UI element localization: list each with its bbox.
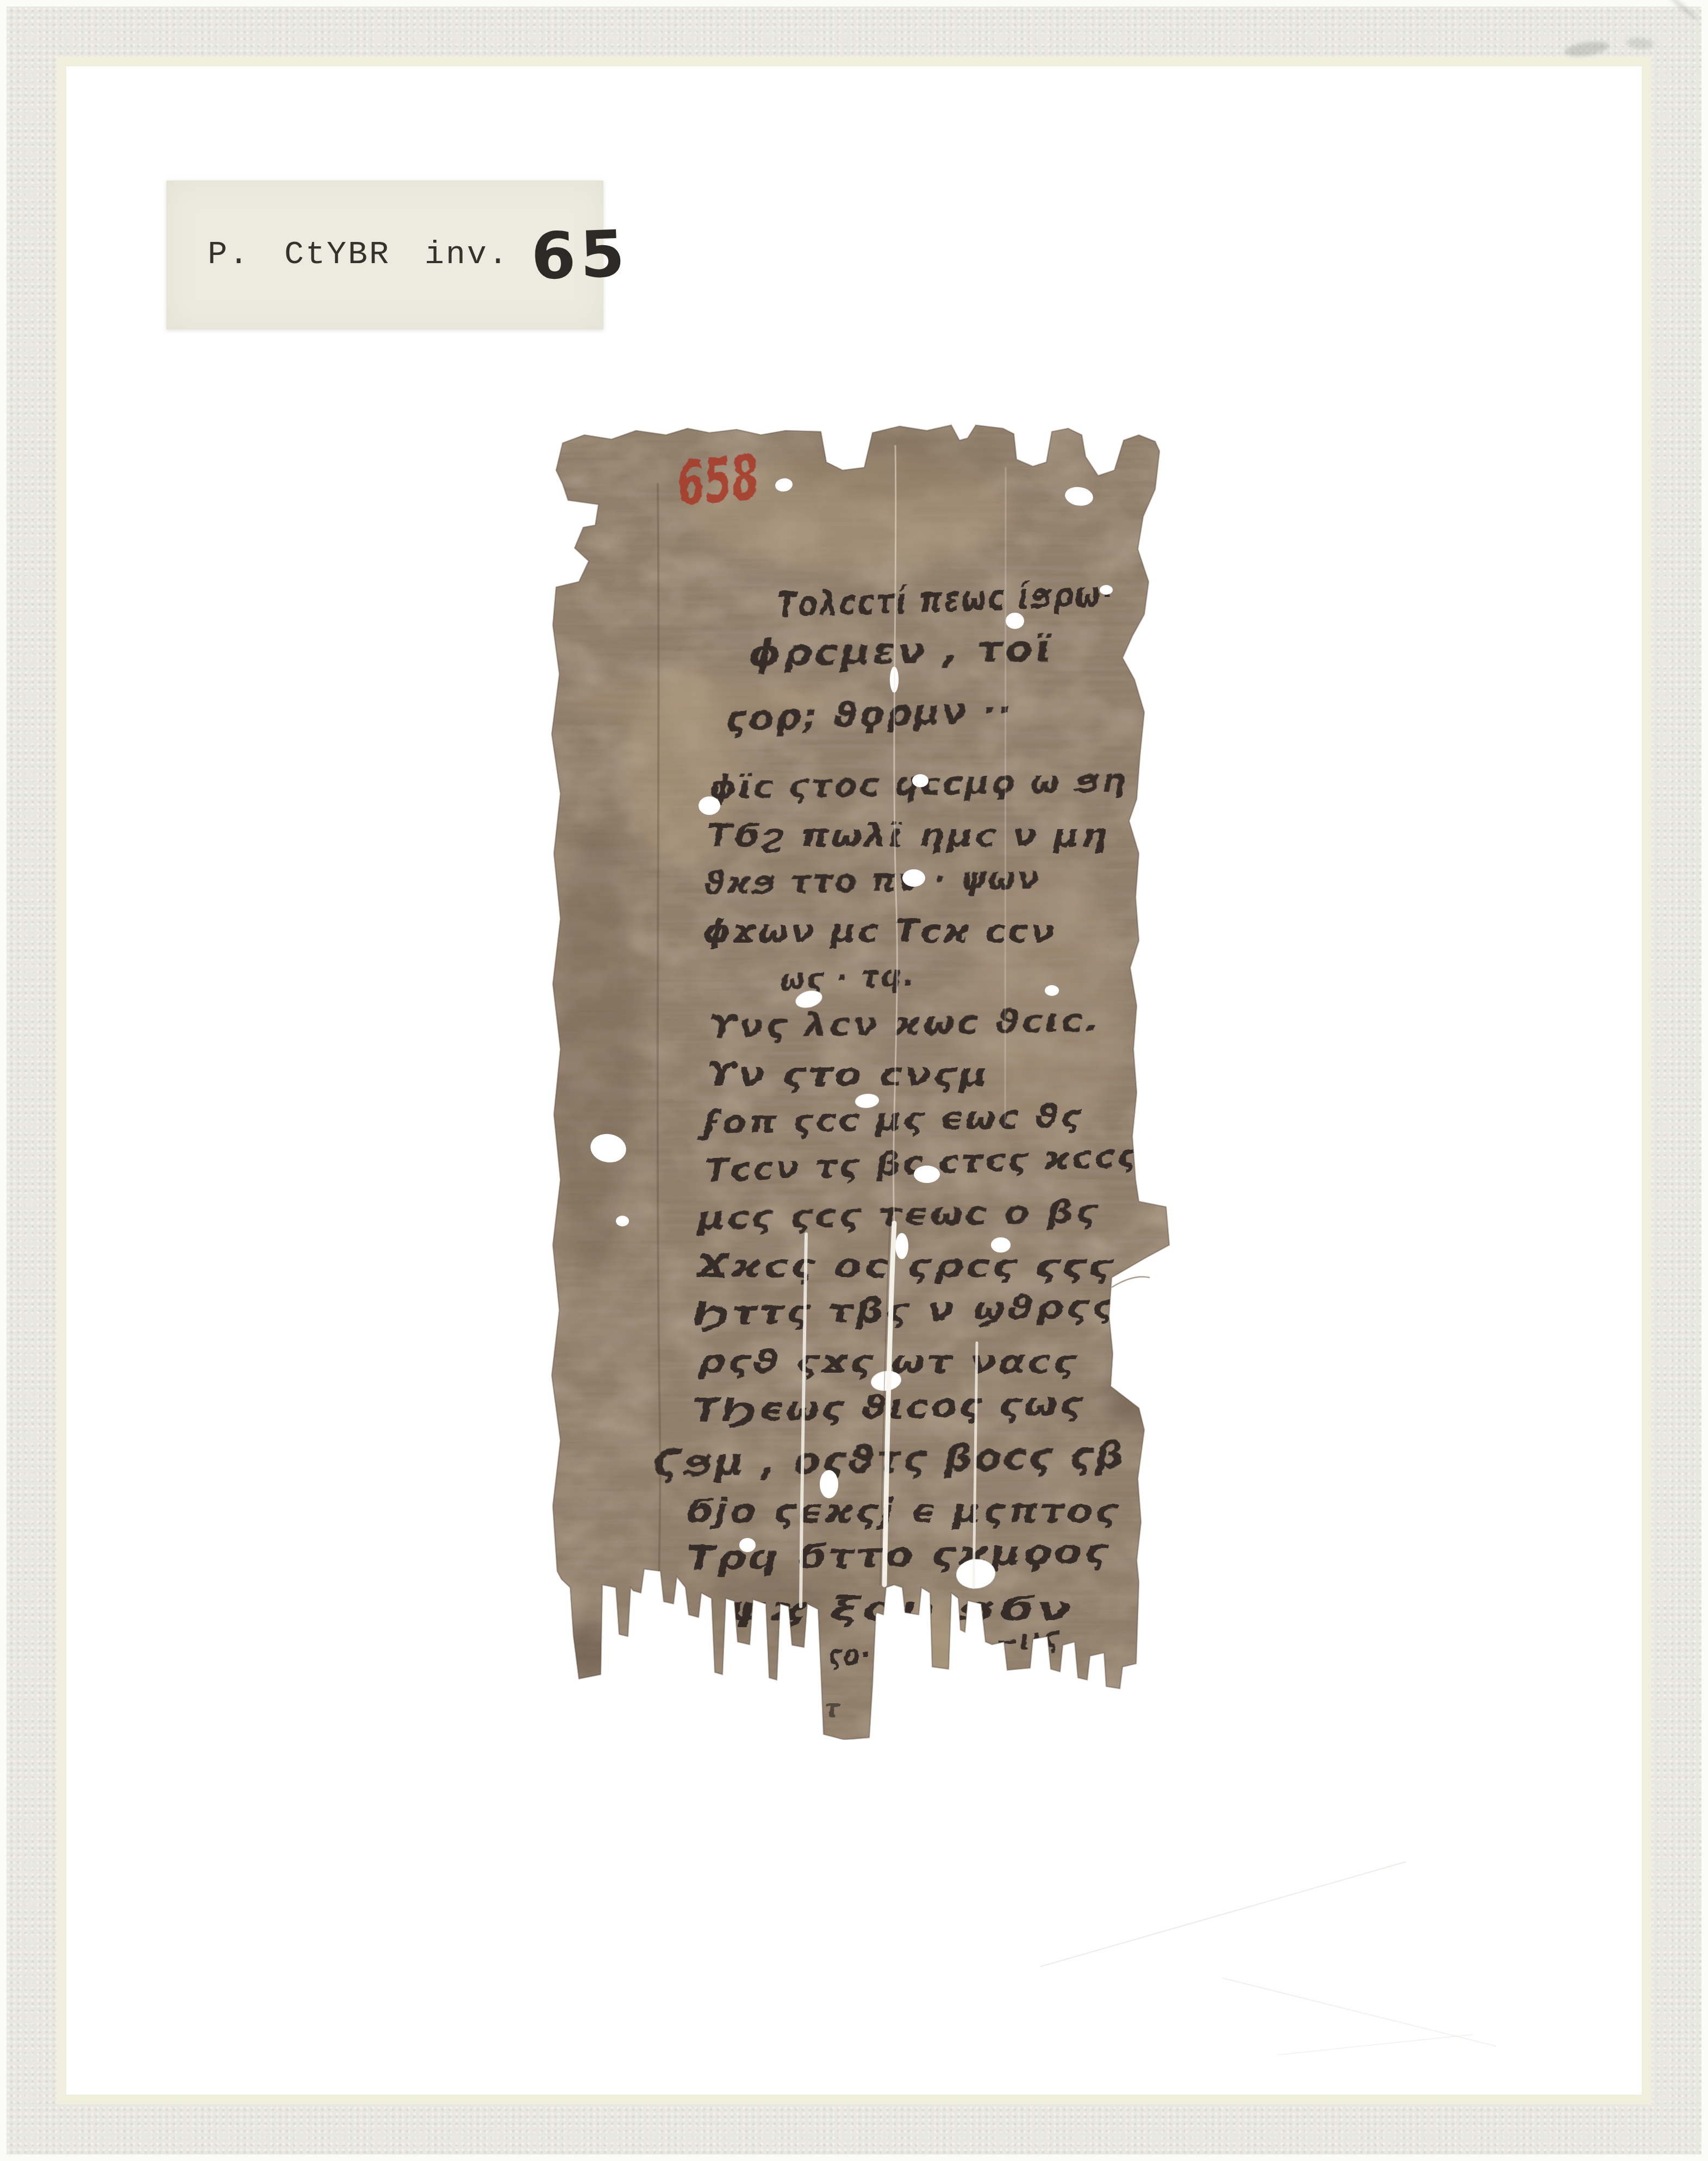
inventory-label-text: P. CtYBR inv. (208, 236, 509, 273)
ink-line: ψϗ ξου ϧϭν (726, 1590, 1074, 1628)
ink-line: μϲϛ ϛϲϛ τϵωϲ ο βϛ (696, 1193, 1100, 1237)
inventory-label: P. CtYBR inv. 65 (166, 180, 603, 329)
loose-fiber (1112, 1276, 1150, 1287)
ink-line: ϕρϲμεν , τοϊ (748, 627, 1053, 675)
papyrus-fragment: 658 Τολϲϲτί πεωϲ ίϧρω·ϕρϲμεν , τοϊϛορ; ϑ… (546, 419, 1171, 1740)
ink-line: ϭϳο ϛϵϰϛϳ ϵ μϛπτοϛ (685, 1492, 1120, 1530)
papyrus-body: 658 Τολϲϲτί πεωϲ ίϧρω·ϕρϲμεν , τοϊϛορ; ϑ… (546, 419, 1171, 1740)
ink-line: ϑϰϧ ττο πν · ψων (703, 859, 1041, 902)
red-inventory-number: 658 (674, 441, 762, 520)
ink-line: −ιιϛ (994, 1621, 1062, 1659)
scan-page: P. CtYBR inv. 65 (0, 0, 1708, 2161)
ink-line: Τϭϩ πωλϊ ημϲ ν μη (707, 817, 1109, 854)
ink-line: τ (825, 1693, 841, 1723)
ink-line: Ϧττϛ τβϛ ν ϣϑρϛϛ (693, 1287, 1117, 1333)
inventory-label-number: 65 (530, 216, 631, 294)
ink-line: ϒν ϛτο ϲνϛμ (707, 1056, 989, 1094)
ink-line: ϝοπ ϛϲϲ μϛ ϵωϲ ϑϛ (697, 1098, 1083, 1141)
ink-line: Τρϥ ϭττο ϛϰμϙοϛ (686, 1531, 1111, 1578)
ink-line: ϛο· (828, 1637, 871, 1672)
ink-line: ωϛ · τϥ. (779, 957, 916, 998)
ink-line: ϕϫων μϲ Τϲϰ ϲϲν (703, 913, 1056, 950)
ink-line: ϒνϛ λϲν ϰωϲ ϑϲιϲ. (709, 1001, 1101, 1045)
